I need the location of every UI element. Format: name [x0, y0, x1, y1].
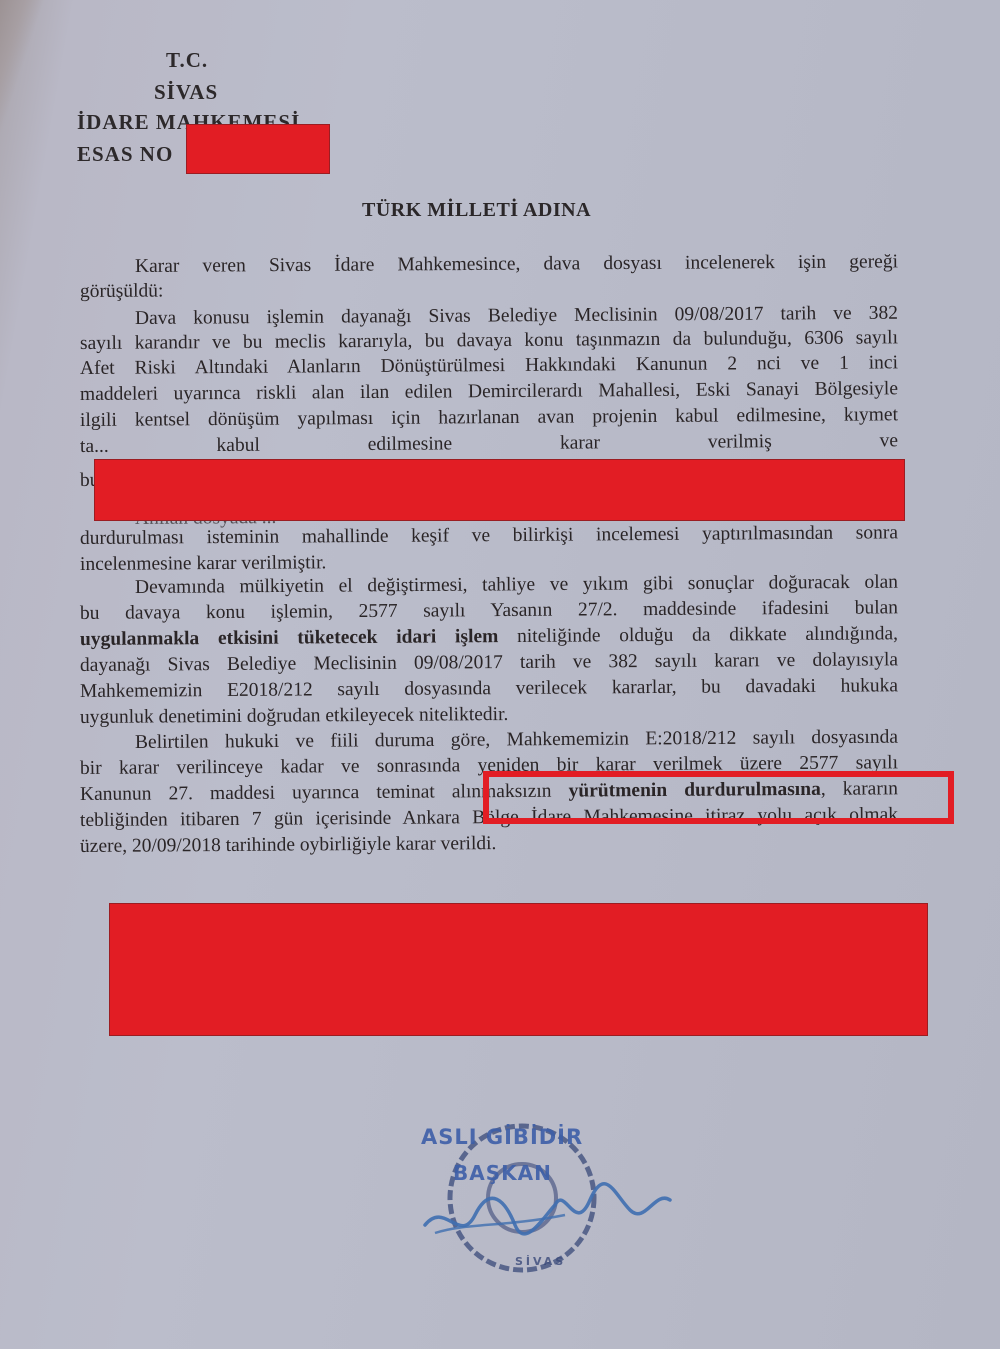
text-line: Belirtilen hukuki ve fiili duruma göre, …: [135, 727, 898, 754]
stamp-title-text: BAŞKAN: [453, 1161, 552, 1185]
highlight-box: [483, 771, 954, 824]
text-line: uygulanmakla etkisini tüketecek idari iş…: [80, 623, 898, 651]
text-line: bu davaya konu işlemin, 2577 sayılı Yasa…: [80, 597, 898, 625]
document-title: TÜRK MİLLETİ ADINA: [362, 199, 591, 222]
content-redaction: [94, 459, 905, 521]
text-line: görüşüldü:: [80, 276, 898, 303]
case-number-redaction: [186, 124, 330, 174]
header-republic: T.C.: [166, 48, 208, 73]
court-document: T.C. SİVAS İDARE MAHKEMESİ ESAS NO TÜRK …: [0, 0, 1000, 1349]
text-line: uygunluk denetimini doğrudan etkileyecek…: [80, 701, 898, 729]
text-line: durdurulması isteminin mahallinde keşif …: [80, 522, 898, 550]
text-line: ta... kabul edilmesine karar verilmiş ve: [80, 430, 898, 458]
text-line: sayılı karandır ve bu meclis kararıyla, …: [80, 327, 898, 355]
text-fragment: niteliğinde olduğu da dikkate alındığınd…: [498, 623, 898, 647]
text-line: maddeleri uyarınca riskli alan ilan edil…: [80, 378, 898, 406]
header-city: SİVAS: [154, 80, 218, 105]
text-line: dayanağı Sivas Belediye Meclisinin 09/08…: [80, 649, 898, 677]
text-line: Mahkememizin E2018/212 sayılı dosyasında…: [80, 675, 898, 703]
text-line: Karar veren Sivas İdare Mahkemesince, da…: [135, 251, 898, 278]
signature-block-redaction: [109, 903, 928, 1036]
text-line: Dava konusu işlemin dayanağı Sivas Beled…: [135, 303, 898, 330]
text-line: Devamında mülkiyetin el değiştirmesi, ta…: [135, 572, 898, 599]
bold-phrase: uygulanmakla etkisini tüketecek idari iş…: [80, 626, 498, 650]
court-stamp: SİVAS ASLI GİBİDİR BAŞKAN: [415, 1105, 695, 1290]
svg-text:SİVAS: SİVAS: [515, 1254, 566, 1268]
text-line: Afet Riski Altındaki Alanların Dönüştürü…: [80, 352, 898, 380]
text-line: üzere, 20/09/2018 tarihinde oybirliğiyle…: [80, 830, 898, 858]
text-line: ilgili kentsel dönüşüm yapılması için ha…: [80, 404, 898, 432]
stamp-certified-text: ASLI GİBİDİR: [421, 1125, 583, 1149]
case-number-label: ESAS NO: [77, 142, 173, 167]
